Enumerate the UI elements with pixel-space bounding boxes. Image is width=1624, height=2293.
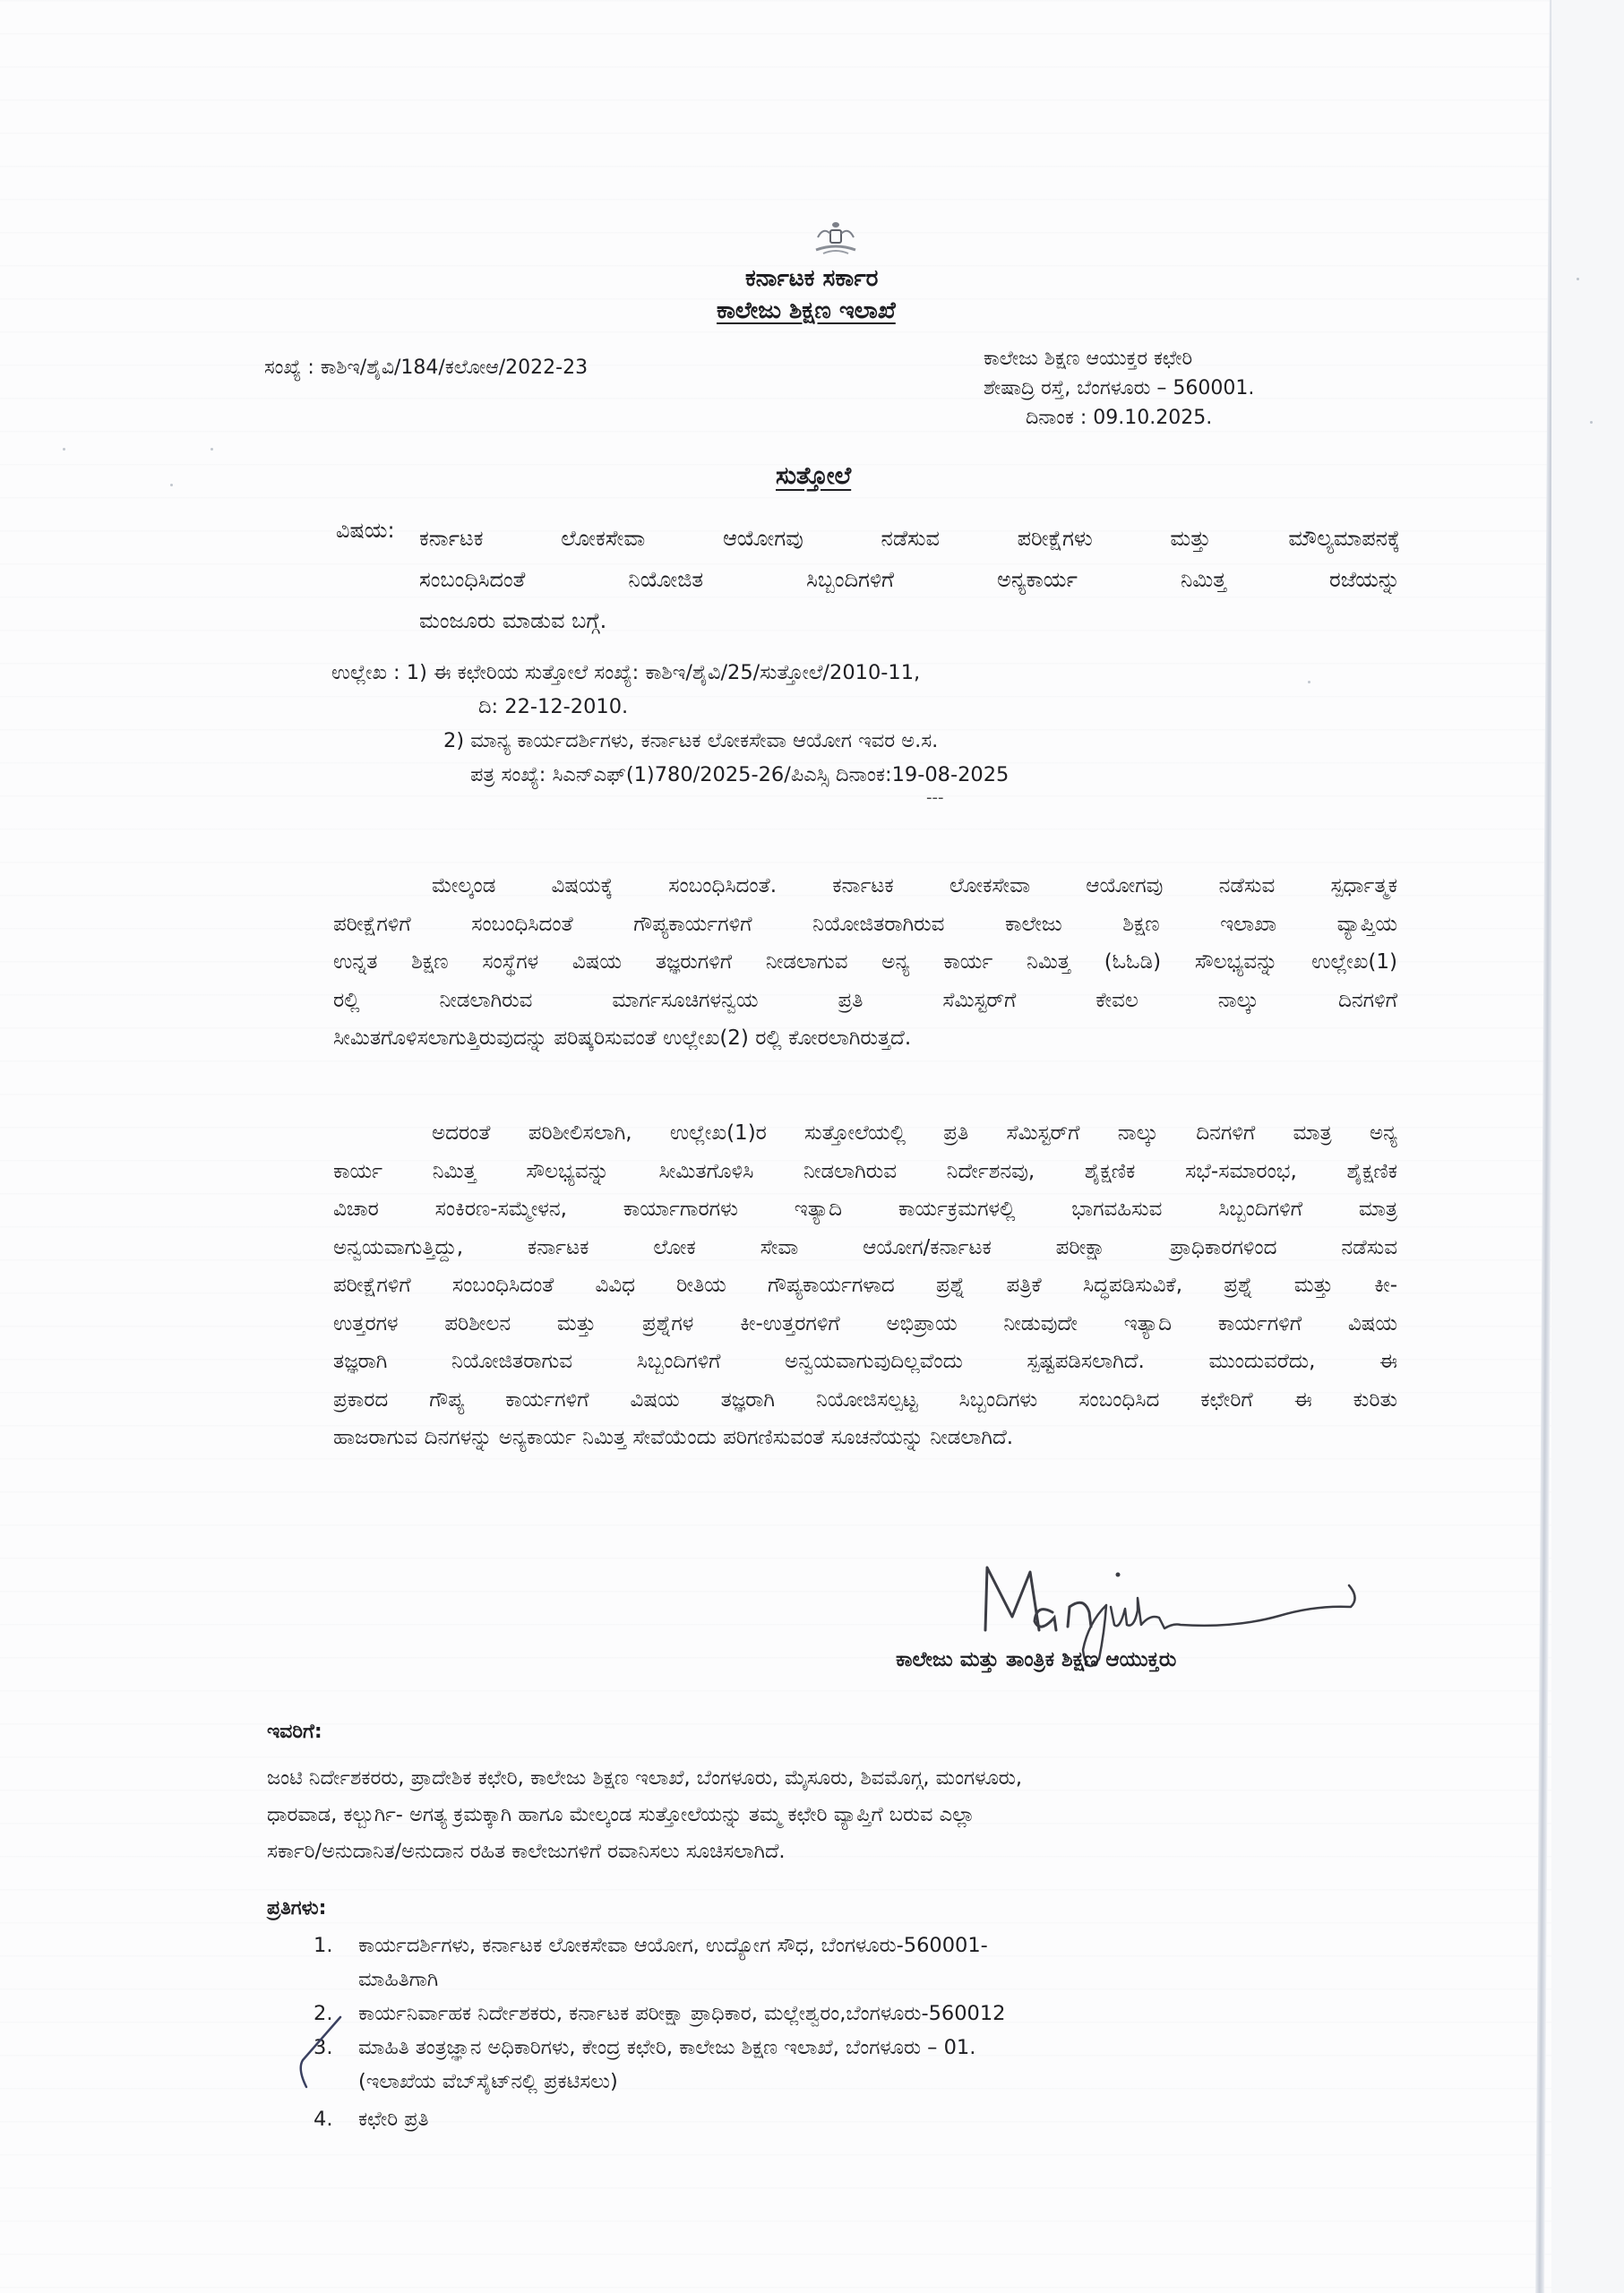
scan-speck xyxy=(1308,681,1310,683)
copies-label: ಪ್ರತಿಗಳು: xyxy=(267,1897,326,1919)
state-emblem-icon xyxy=(811,219,861,257)
references-block: ಉಲ್ಲೇಖ : 1) ಈ ಕಛೇರಿಯ ಸುತ್ತೋಲೆ ಸಂಖ್ಯೆ: ಕಾ… xyxy=(331,656,1009,792)
department-heading: ಕಾಲೇಜು ಶಿಕ್ಷಣ ಇಲಾಖೆ xyxy=(717,297,896,325)
body-paragraph-1: ಮೇಲ್ಕಂಡ ವಿಷಯಕ್ಕೆ ಸಂಬಂಧಿಸಿದಂತೆ. ಕರ್ನಾಟಕ ಲ… xyxy=(333,867,1397,1058)
scan-speck xyxy=(63,448,65,451)
copy-item: 3. ಮಾಹಿತಿ ತಂತ್ರಜ್ಞಾನ ಅಧಿಕಾರಿಗಳು, ಕೇಂದ್ರ … xyxy=(314,2031,1005,2099)
scan-speck xyxy=(1590,421,1593,424)
reference-number: ಸಂಖ್ಯೆ : ಕಾಶಿಇ/ಶೈವಿ/184/ಕಲೋಆ/2022-23 xyxy=(264,356,588,379)
scan-speck xyxy=(211,448,213,451)
reference-1: ಉಲ್ಲೇಖ : 1) ಈ ಕಛೇರಿಯ ಸುತ್ತೋಲೆ ಸಂಖ್ಯೆ: ಕಾ… xyxy=(331,656,1009,690)
subject-line: ಮಂಜೂರು ಮಾಡುವ ಬಗ್ಗೆ. xyxy=(419,600,1400,641)
scan-edge-strip xyxy=(1551,0,1624,2293)
copy-item: 1. ಕಾರ್ಯದರ್ಶಿಗಳು, ಕರ್ನಾಟಕ ಲೋಕಸೇವಾ ಆಯೋಗ, … xyxy=(314,1928,1005,1997)
body-paragraph-2: ಅದರಂತೆ ಪರಿಶೀಲಿಸಲಾಗಿ, ಉಲ್ಲೇಖ(1)ರ ಸುತ್ತೋಲೆ… xyxy=(333,1114,1397,1457)
signatory-designation: ಕಾಲೇಜು ಮತ್ತು ತಾಂತ್ರಿಕ ಶಿಕ್ಷಣ ಆಯುಕ್ತರು xyxy=(896,1648,1176,1671)
office-name: ಕಾಲೇಜು ಶಿಕ್ಷಣ ಆಯುಕ್ತರ ಕಛೇರಿ xyxy=(984,344,1254,374)
document-date: ದಿನಾಂಕ : 09.10.2025. xyxy=(984,403,1254,433)
reference-2: 2) ಮಾನ್ಯ ಕಾರ್ಯದರ್ಶಿಗಳು, ಕರ್ನಾಟಕ ಲೋಕಸೇವಾ … xyxy=(331,724,1009,758)
recipients-label: ಇವರಿಗೆ: xyxy=(267,1721,322,1743)
scan-speck xyxy=(1577,278,1579,280)
pen-check-mark-icon xyxy=(294,2015,348,2096)
subject-line: ಸಂಬಂಧಿಸಿದಂತೆ ನಿಯೋಜಿತ ಸಿಬ್ಬಂದಿಗಳಿಗೆ ಅನ್ಯಕ… xyxy=(419,559,1400,600)
section-separator: --- xyxy=(926,788,944,807)
office-address-block: ಕಾಲೇಜು ಶಿಕ್ಷಣ ಆಯುಕ್ತರ ಕಛೇರಿ ಶೇಷಾದ್ರಿ ರಸ್… xyxy=(984,344,1254,433)
copies-list: 1. ಕಾರ್ಯದರ್ಶಿಗಳು, ಕರ್ನಾಟಕ ಲೋಕಸೇವಾ ಆಯೋಗ, … xyxy=(314,1928,1005,2136)
subject-label: ವಿಷಯ: xyxy=(336,518,395,543)
scanned-document-page: ಕರ್ನಾಟಕ ಸರ್ಕಾರ ಕಾಲೇಜು ಶಿಕ್ಷಣ ಇಲಾಖೆ ಸಂಖ್ಯ… xyxy=(0,0,1624,2293)
scan-speck xyxy=(170,484,173,486)
office-address: ಶೇಷಾದ್ರಿ ರಸ್ತೆ, ಬೆಂಗಳೂರು – 560001. xyxy=(984,374,1254,403)
government-heading: ಕರ್ನಾಟಕ ಸರ್ಕಾರ xyxy=(745,265,878,293)
copy-item: 4. ಕಛೇರಿ ಪ್ರತಿ xyxy=(314,2102,1005,2136)
references-label: ಉಲ್ಲೇಖ : xyxy=(331,661,400,684)
subject-line: ಕರ್ನಾಟಕ ಲೋಕಸೇವಾ ಆಯೋಗವು ನಡೆಸುವ ಪರೀಕ್ಷೆಗಳು… xyxy=(419,518,1400,559)
recipients-text: ಜಂಟಿ ನಿರ್ದೇಶಕರರು, ಪ್ರಾದೇಶಿಕ ಕಛೇರಿ, ಕಾಲೇಜ… xyxy=(267,1760,1579,1870)
copy-item: 2. ಕಾರ್ಯನಿರ್ವಾಹಕ ನಿರ್ದೇಶಕರು, ಕರ್ನಾಟಕ ಪರೀ… xyxy=(314,1997,1005,2031)
subject-text: ಕರ್ನಾಟಕ ಲೋಕಸೇವಾ ಆಯೋಗವು ನಡೆಸುವ ಪರೀಕ್ಷೆಗಳು… xyxy=(419,518,1400,641)
document-title: ಸುತ್ತೋಲೆ xyxy=(776,462,851,491)
